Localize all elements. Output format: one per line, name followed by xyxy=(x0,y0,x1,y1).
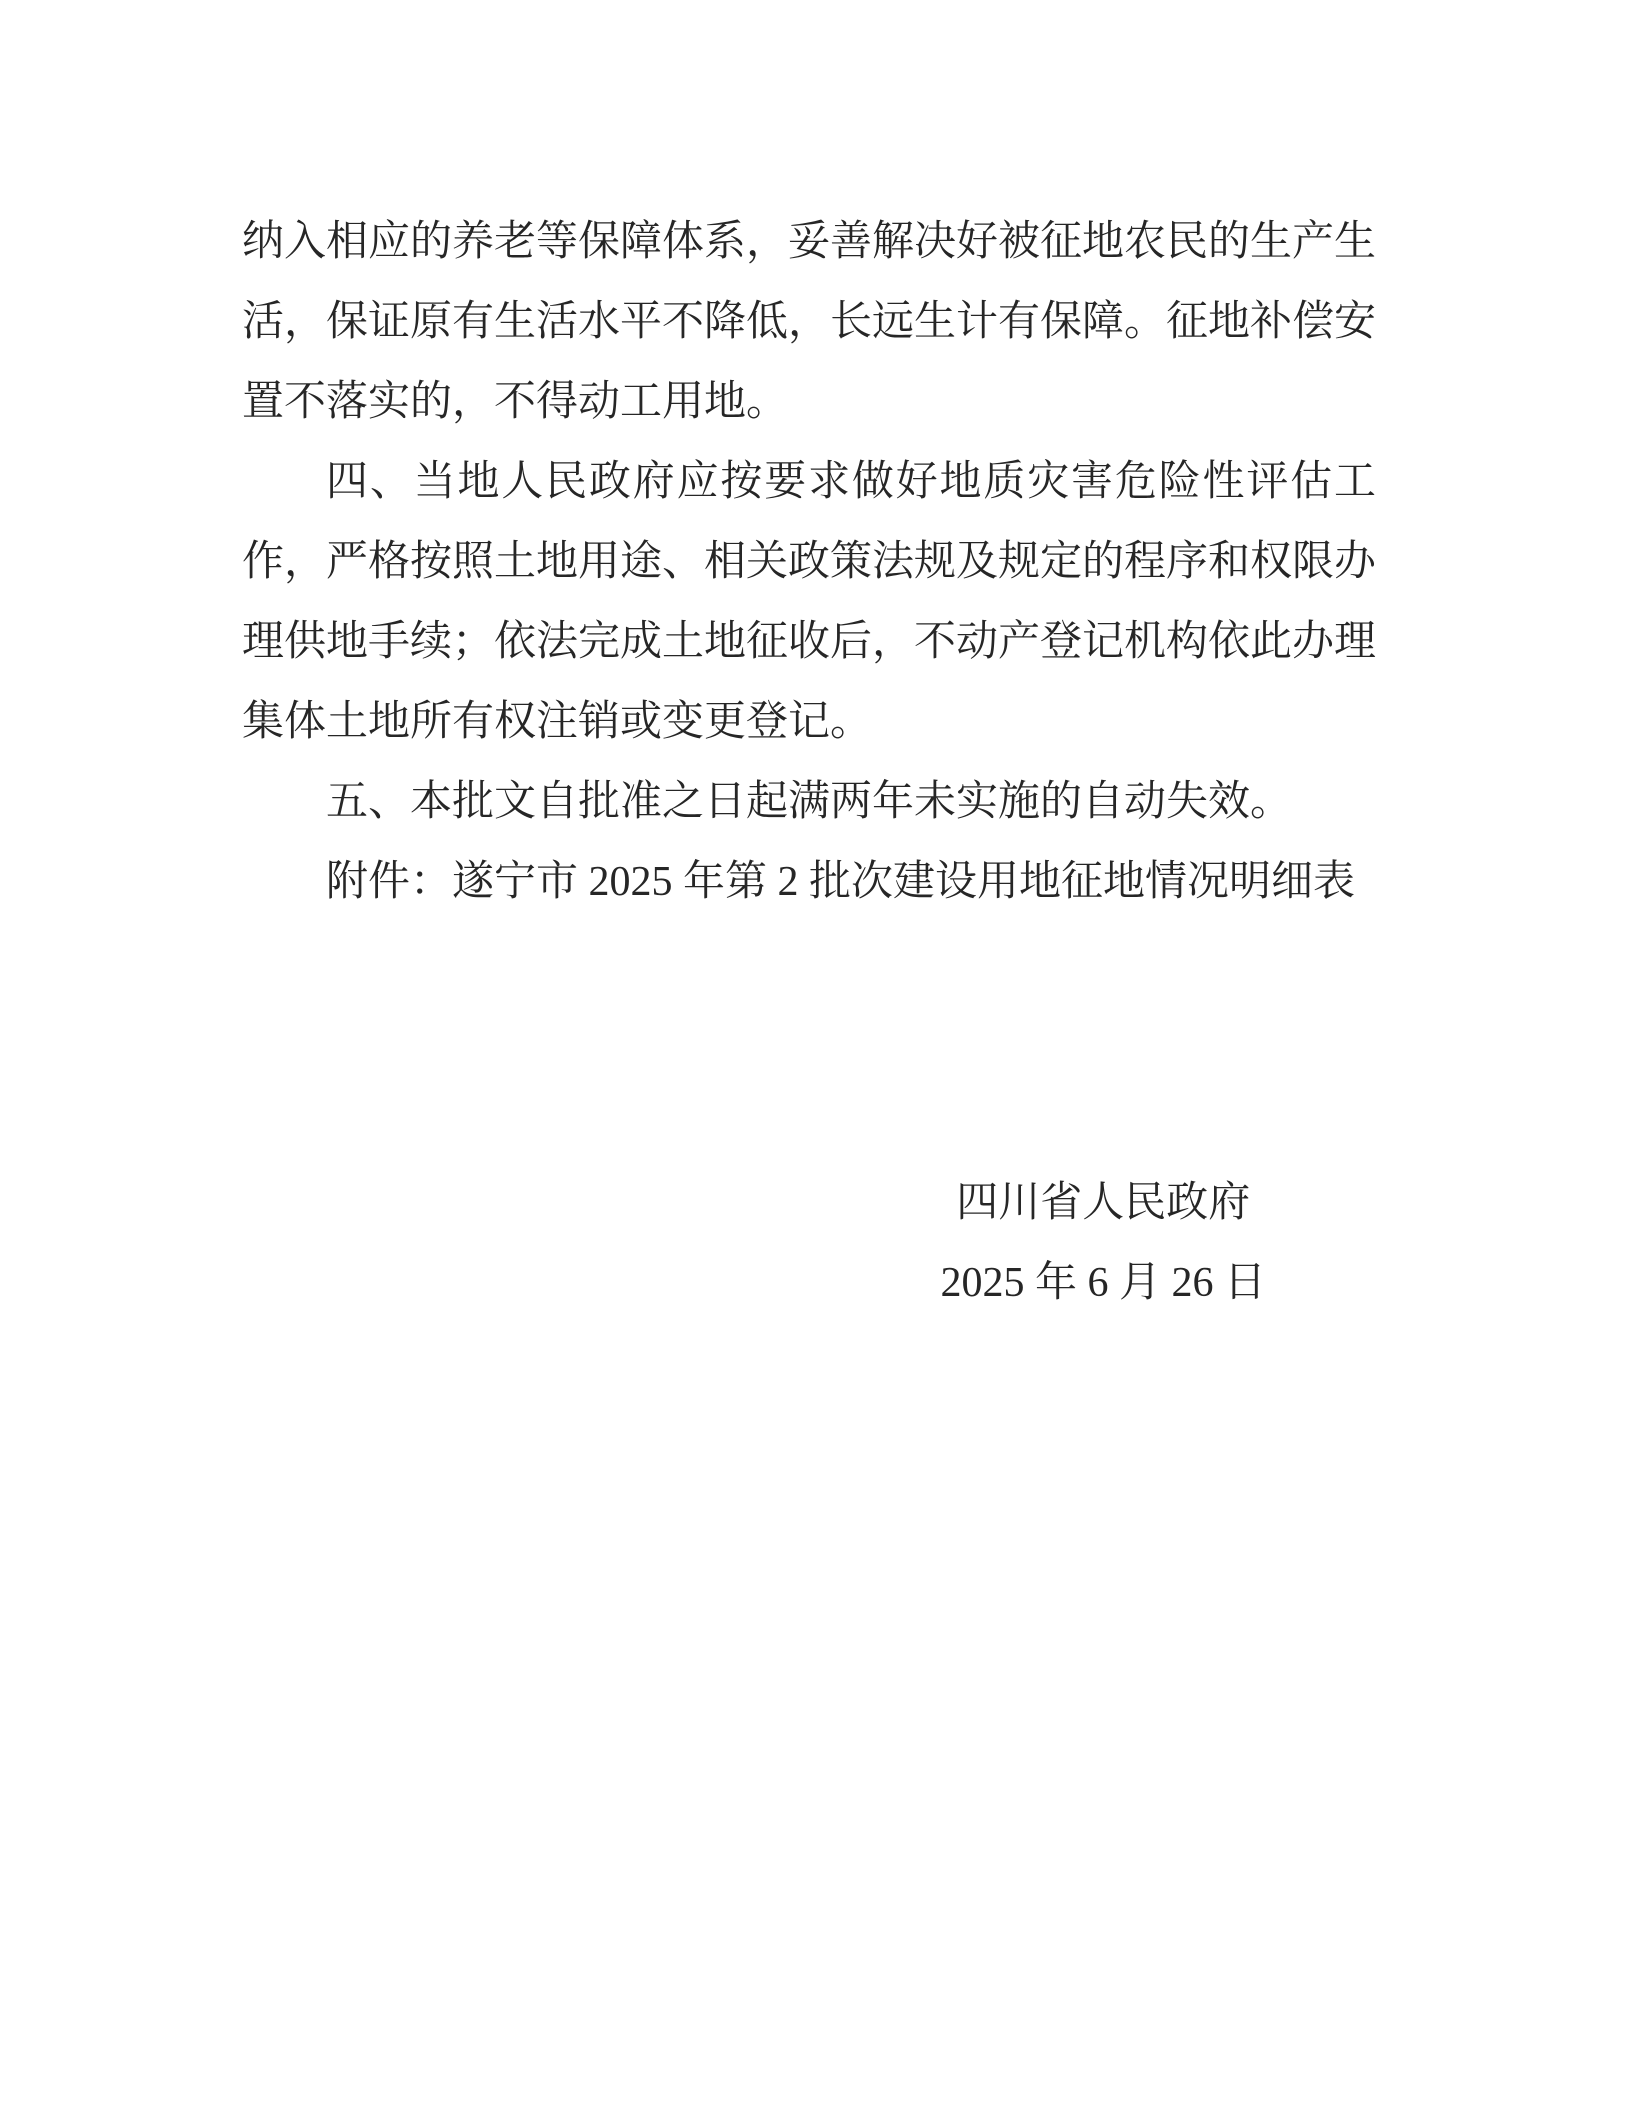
body-paragraph: 纳入相应的养老等保障体系，妥善解决好被征地农民的生产生活，保证原有生活水平不降低… xyxy=(242,202,1376,442)
attachment-line: 附件：遂宁市 2025 年第 2 批次建设用地征地情况明细表 xyxy=(242,842,1376,922)
body-paragraph: 四、当地人民政府应按要求做好地质灾害危险性评估工作，严格按照土地用途、相关政策法… xyxy=(242,442,1376,762)
document-body: 纳入相应的养老等保障体系，妥善解决好被征地农民的生产生活，保证原有生活水平不降低… xyxy=(242,202,1376,922)
body-paragraph: 五、本批文自批准之日起满两年未实施的自动失效。 xyxy=(242,762,1376,842)
document-page: 纳入相应的养老等保障体系，妥善解决好被征地农民的生产生活，保证原有生活水平不降低… xyxy=(0,0,1632,2112)
signature-issuer: 四川省人民政府 xyxy=(940,1163,1266,1243)
signature-date: 2025 年 6 月 26 日 xyxy=(940,1243,1266,1323)
signature-block: 四川省人民政府 2025 年 6 月 26 日 xyxy=(940,1163,1266,1323)
